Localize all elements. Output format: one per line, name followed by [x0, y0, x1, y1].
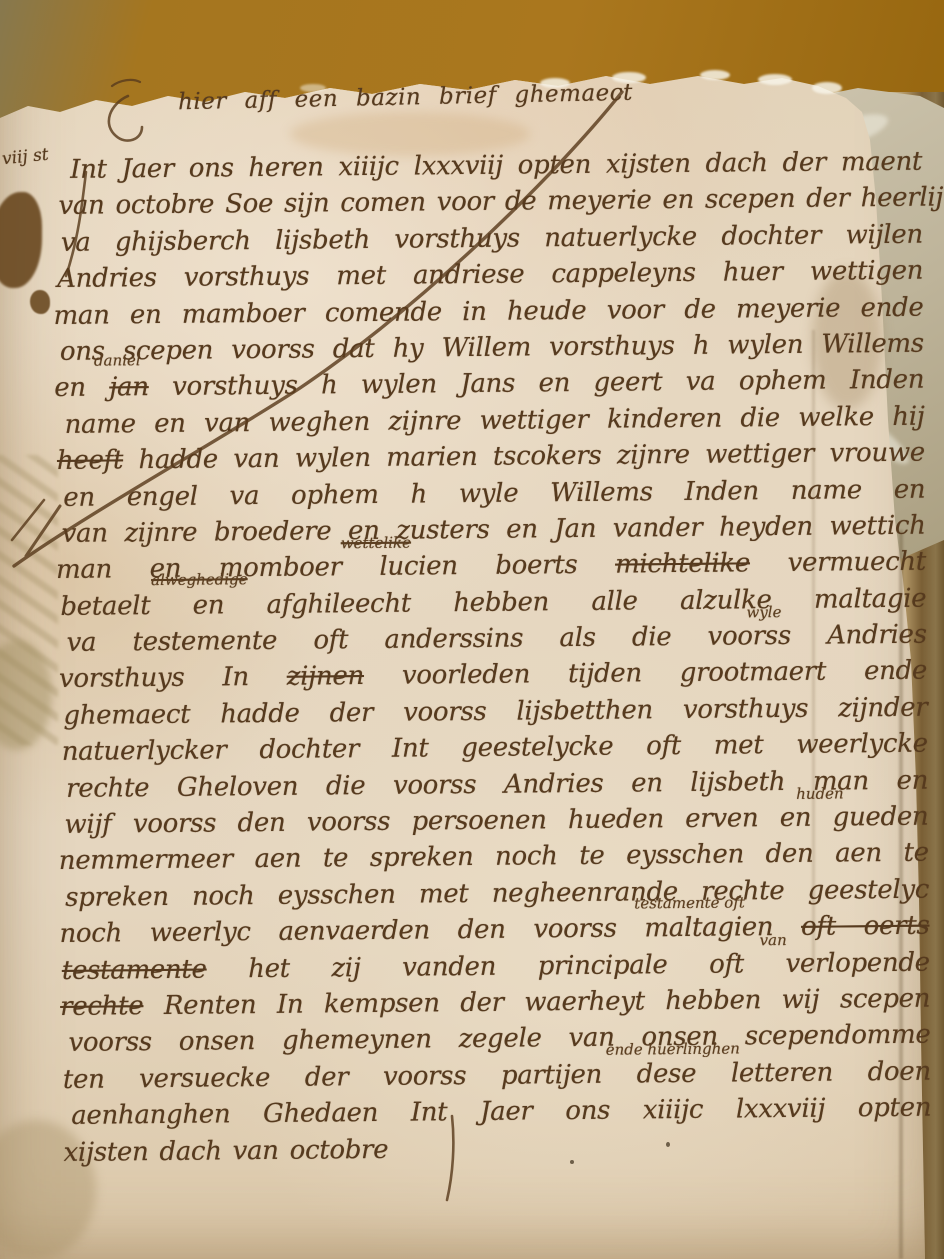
line-text: man en mamboer comende in heude voor de … — [53, 292, 923, 330]
line-text: wijf voorss den voorss persoenen hueden … — [64, 802, 928, 840]
interlinear-insertion: daniel — [94, 351, 141, 369]
line-text: en — [54, 373, 109, 404]
line-text: Andries vorsthuys met andriese cappeleyn… — [57, 256, 923, 294]
line-text: name en van weghen zijnre wettiger kinde… — [64, 401, 924, 439]
line-text: van octobre Soe sijn comen voor de meyer… — [58, 183, 943, 221]
interlinear-insertion: huden — [796, 784, 844, 802]
struck-word: zijnen — [287, 661, 364, 692]
torn-edge-highlight — [812, 82, 842, 94]
line-text: natuerlycker dochter Int geestelycke oft… — [62, 729, 928, 767]
line-text: en engel va ophem h wyle Willems Inden n… — [63, 474, 925, 512]
line-text: Renten In kempsen der waerheyt hebben wi… — [143, 984, 930, 1022]
struck-word: michtelike — [615, 549, 750, 580]
header-flourish — [112, 80, 140, 86]
manuscript-photo: hier aff een bazin brief ghemaect viij s… — [0, 0, 944, 1259]
manuscript-lines: Int Jaer ons heren xiiijc lxxxviij opten… — [52, 144, 932, 1171]
line-text: voorleden tijden grootmaert ende — [364, 656, 927, 691]
manuscript-line: xijsten dach van octobre — [61, 1126, 931, 1171]
line-text: van zijnre broedere en zusters en Jan va… — [62, 511, 926, 549]
struck-word: heeft — [57, 445, 123, 476]
line-text: het zij vanden principale oft verlopende — [206, 947, 930, 984]
line-text: vorsthuys In — [59, 662, 287, 694]
line-text: Int Jaer ons heren xiiijc lxxxviij opten… — [70, 147, 922, 185]
interlinear-insertion: ende huerlinghen — [606, 1039, 740, 1058]
line-text: betaelt en afghileecht hebben alle alzul… — [60, 583, 926, 621]
interlinear-insertion: wettelike — [341, 534, 411, 553]
line-text: nemmermeer aen te spreken noch te eyssch… — [59, 838, 929, 876]
line-text: vorsthuys h wylen Jans en geert va ophem… — [149, 365, 925, 402]
line-text: ons scepen voorss dat hy Willem vorsthuy… — [60, 329, 924, 367]
interlinear-insertion: van — [760, 931, 787, 949]
interlinear-insertion: wyle — [746, 603, 781, 621]
line-text: noch weerlyc aenvaerden den voorss malta… — [59, 912, 801, 949]
line-text: va ghijsberch lijsbeth vorsthuys natuerl… — [61, 219, 923, 257]
line-text: va testemente oft anderssins als die voo… — [67, 620, 927, 658]
struck-word: oft oerts — [801, 911, 930, 942]
line-text: xijsten dach van octobre — [63, 1134, 388, 1167]
torn-edge-highlight — [758, 74, 792, 85]
struck-word: jan — [109, 372, 149, 402]
line-text: spreken noch eysschen met negheenrande r… — [65, 874, 929, 912]
struck-word: rechte — [60, 991, 143, 1022]
interlinear-insertion: testamente oft — [634, 893, 745, 912]
line-text: ghemaect hadde der voorss lijsbetthen vo… — [63, 692, 927, 730]
line-text: vermuecht — [750, 547, 926, 579]
line-text: hadde van wylen marien tscokers zijnre w… — [123, 438, 925, 476]
line-text: ten versuecke der voorss partijen dese l… — [63, 1056, 931, 1094]
torn-edge-highlight — [700, 70, 730, 80]
line-text: aenhanghen Ghedaen Int Jaer ons xiiijc l… — [71, 1093, 931, 1131]
interlinear-insertion: alweghedige — [151, 570, 248, 589]
line-text: man en momboer lucien boerts — [56, 550, 615, 585]
line-text: voorss onsen ghemeynen zegele van onsen … — [68, 1020, 930, 1058]
text-block: Int Jaer ons heren xiiijc lxxxviij opten… — [52, 144, 932, 1212]
struck-word: testamente — [62, 954, 207, 985]
